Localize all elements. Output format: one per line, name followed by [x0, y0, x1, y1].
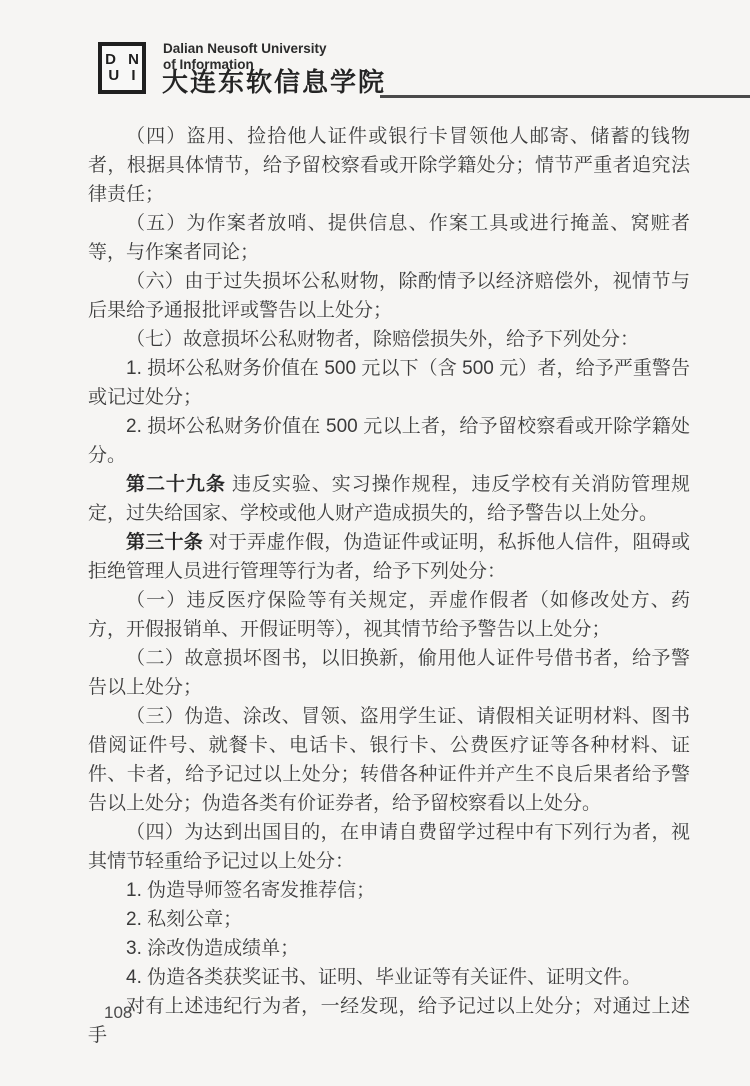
university-name-chinese: 大连东软信息学院 [162, 66, 386, 98]
logo-letters-bottom: U I [104, 68, 139, 84]
article-paragraph: 第二十九条 违反实验、实习操作规程，违反学校有关消防管理规定，过失给国家、学校或… [88, 470, 690, 528]
university-name-english-line1: Dalian Neusoft University [163, 41, 327, 57]
clause-paragraph: （四）为达到出国目的，在申请自费留学过程中有下列行为者，视其情节轻重给予记过以上… [88, 818, 690, 876]
numbered-item-paragraph: 2. 私刻公章； [88, 905, 690, 934]
document-page: D N U I Dalian Neusoft University of Inf… [0, 0, 750, 1086]
header-divider-rule [380, 95, 750, 98]
article-number: 第二十九条 [126, 474, 226, 495]
clause-paragraph: 对有上述违纪行为者，一经发现，给予记过以上处分；对通过上述手 [88, 992, 690, 1050]
numbered-item-paragraph: 2. 损坏公私财务价值在 500 元以上者，给予留校察看或开除学籍处分。 [88, 412, 690, 470]
numbered-item-paragraph: 1. 伪造导师签名寄发推荐信； [88, 876, 690, 905]
document-body: （四）盗用、捡拾他人证件或银行卡冒领他人邮寄、储蓄的钱物者，根据具体情节，给予留… [88, 122, 690, 1050]
article-paragraph: 第三十条 对于弄虚作假，伪造证件或证明，私拆他人信件，阻碍或拒绝管理人员进行管理… [88, 528, 690, 586]
numbered-item-paragraph: 3. 涂改伪造成绩单； [88, 934, 690, 963]
clause-paragraph: （六）由于过失损坏公私财物，除酌情予以经济赔偿外，视情节与后果给予通报批评或警告… [88, 267, 690, 325]
university-logo: D N U I [98, 42, 146, 94]
clause-paragraph: （三）伪造、涂改、冒领、盗用学生证、请假相关证明材料、图书借阅证件号、就餐卡、电… [88, 702, 690, 818]
article-number: 第三十条 [126, 532, 203, 553]
clause-paragraph: （一）违反医疗保险等有关规定，弄虚作假者（如修改处方、药方，开假报销单、开假证明… [88, 586, 690, 644]
page-number: 108 [104, 1002, 132, 1024]
clause-paragraph: （二）故意损坏图书，以旧换新，偷用他人证件号借书者，给予警告以上处分； [88, 644, 690, 702]
clause-paragraph: （四）盗用、捡拾他人证件或银行卡冒领他人邮寄、储蓄的钱物者，根据具体情节，给予留… [88, 122, 690, 209]
numbered-item-paragraph: 4. 伪造各类获奖证书、证明、毕业证等有关证件、证明文件。 [88, 963, 690, 992]
clause-paragraph: （五）为作案者放哨、提供信息、作案工具或进行掩盖、窝赃者等，与作案者同论； [88, 209, 690, 267]
clause-paragraph: （七）故意损坏公私财物者，除赔偿损失外，给予下列处分： [88, 325, 690, 354]
logo-letters-top: D N [101, 52, 143, 68]
numbered-item-paragraph: 1. 损坏公私财务价值在 500 元以下（含 500 元）者，给予严重警告或记过… [88, 354, 690, 412]
